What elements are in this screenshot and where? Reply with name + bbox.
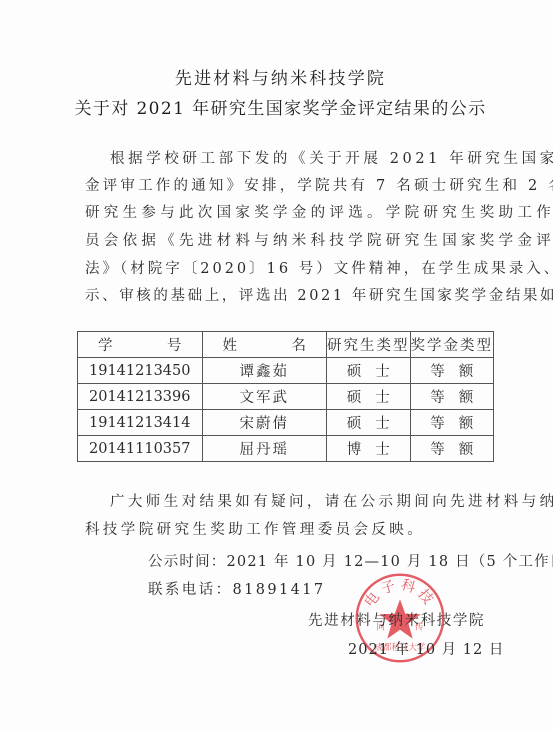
paragraph-line: 研究生参与此次国家奖学金的评选。学院研究生奖助工作管理委 (85, 204, 553, 222)
paragraph-line: 法》（材院字〔2020〕16 号）文件精神，在学生成果录入、公 (85, 260, 553, 278)
svg-text:电子科技: 电子科技 (361, 576, 439, 610)
signature-date: 2021 年 10 月 12 日 (348, 641, 504, 659)
cell-degree: 博士 (327, 436, 411, 462)
notice-period: 公示时间：2021 年 10 月 12—10 月 18 日（5 个工作日） (148, 553, 553, 571)
cell-student-id: 19141213450 (78, 358, 203, 384)
paragraph-line: 员会依据《先进材料与纳米科技学院研究生国家奖学金评定办 (85, 232, 553, 250)
cell-degree: 硕士 (327, 410, 411, 436)
header-award-type: 奖学金类型 (410, 332, 494, 358)
paragraph-line: 根据学校研工部下发的《关于开展 2021 年研究生国家奖学 (110, 150, 553, 168)
cell-name: 屈丹瑶 (202, 436, 327, 462)
cell-award: 等额 (410, 384, 494, 410)
header-student-id: 学 号 (78, 332, 203, 358)
cell-degree: 硕士 (327, 358, 411, 384)
paragraph-line: 广大师生对结果如有疑问，请在公示期间向先进材料与纳米 (110, 493, 553, 511)
contact-phone: 联系电话：81891417 (148, 581, 326, 599)
document-title-subject: 关于对 2021 年研究生国家奖学金评定结果的公示 (4, 94, 553, 119)
paragraph-line: 金评审工作的通知》安排，学院共有 7 名硕士研究生和 2 名博士 (85, 177, 553, 195)
cell-name: 文军武 (202, 384, 327, 410)
table-row: 20141110357 屈丹瑶 博士 等额 (78, 436, 494, 462)
cell-name: 宋蔚倩 (202, 410, 327, 436)
cell-student-id: 20141110357 (78, 436, 203, 462)
results-table: 学 号 姓 名 研究生类型 奖学金类型 19141213450 谭鑫茹 硕士 等… (77, 331, 494, 462)
cell-degree: 硕士 (327, 384, 411, 410)
paragraph-line: 示、审核的基础上，评选出 2021 年研究生国家奖学金结果如下： (85, 287, 553, 305)
table-header-row: 学 号 姓 名 研究生类型 奖学金类型 (78, 332, 494, 358)
table-row: 19141213450 谭鑫茹 硕士 等额 (78, 358, 494, 384)
cell-student-id: 20141213396 (78, 384, 203, 410)
cell-student-id: 19141213414 (78, 410, 203, 436)
cell-award: 等额 (410, 436, 494, 462)
document-title-org: 先进材料与纳米科技学院 (4, 64, 553, 89)
paragraph-line: 科技学院研究生奖助工作管理委员会反映。 (85, 521, 425, 539)
table-row: 19141213414 宋蔚倩 硕士 等额 (78, 410, 494, 436)
header-name: 姓 名 (202, 332, 327, 358)
table-row: 20141213396 文军武 硕士 等额 (78, 384, 494, 410)
cell-award: 等额 (410, 358, 494, 384)
document-page: 先进材料与纳米科技学院 关于对 2021 年研究生国家奖学金评定结果的公示 根据… (0, 0, 553, 733)
cell-award: 等额 (410, 410, 494, 436)
signature-organization: 先进材料与纳米科技学院 (308, 612, 485, 630)
header-degree-type: 研究生类型 (327, 332, 411, 358)
cell-name: 谭鑫茹 (202, 358, 327, 384)
